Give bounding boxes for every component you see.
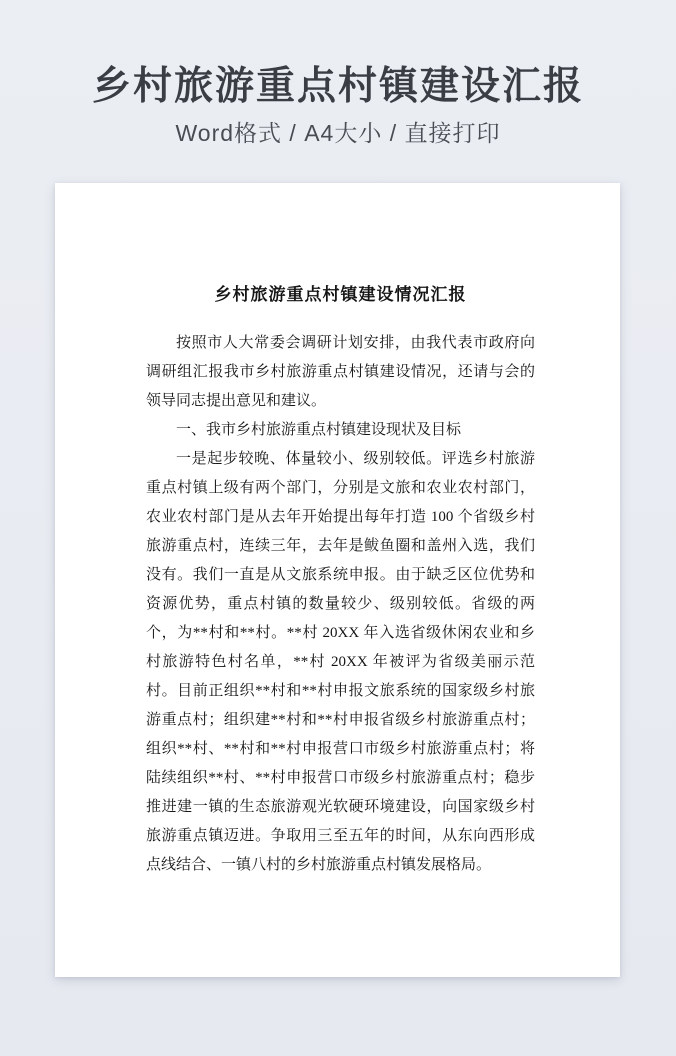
template-title: 乡村旅游重点村镇建设汇报: [0, 64, 676, 110]
template-subtitle: Word格式 / A4大小 / 直接打印: [0, 119, 676, 147]
paragraph-2: 一、我市乡村旅游重点村镇建设现状及目标: [146, 416, 535, 445]
header: 乡村旅游重点村镇建设汇报 Word格式 / A4大小 / 直接打印: [0, 0, 676, 147]
document-page: 乡村旅游重点村镇建设情况汇报 按照市人大常委会调研计划安排，由我代表市政府向调研…: [55, 183, 620, 977]
paragraph-1: 按照市人大常委会调研计划安排，由我代表市政府向调研组汇报我市乡村旅游重点村镇建设…: [146, 329, 535, 416]
page-background: { "header": { "title": "乡村旅游重点村镇建设汇报", "…: [0, 0, 676, 1056]
document-content: 乡村旅游重点村镇建设情况汇报 按照市人大常委会调研计划安排，由我代表市政府向调研…: [55, 183, 620, 880]
paragraph-3: 一是起步较晚、体量较小、级别较低。评选乡村旅游重点村镇上级有两个部门，分别是文旅…: [146, 445, 535, 880]
document-body: 按照市人大常委会调研计划安排，由我代表市政府向调研组汇报我市乡村旅游重点村镇建设…: [146, 329, 535, 880]
document-title: 乡村旅游重点村镇建设情况汇报: [146, 280, 535, 309]
